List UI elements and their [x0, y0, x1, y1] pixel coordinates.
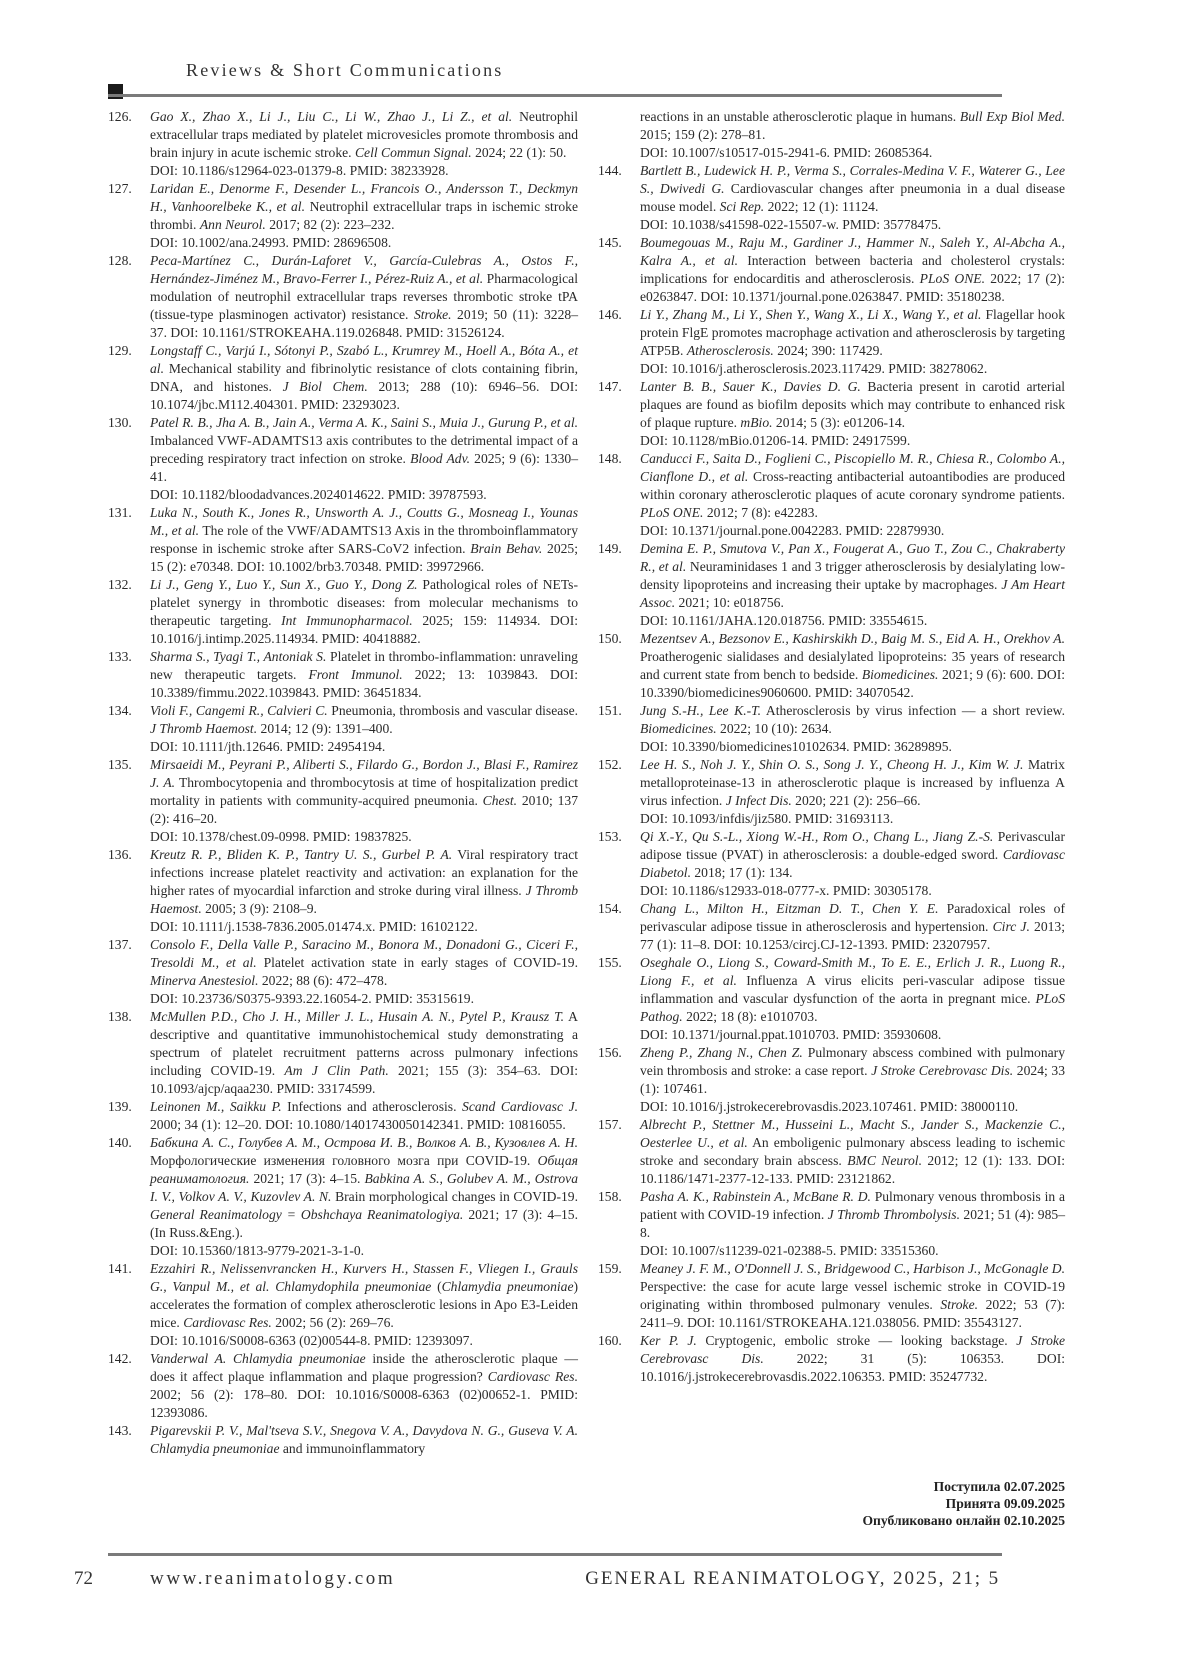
- reference-doi[interactable]: DOI: 10.1007/s11239-021-02388-5. PMID: 3…: [640, 1242, 1065, 1260]
- page-number: 72: [74, 1568, 93, 1590]
- reference-title: and immunoinflammatory: [280, 1441, 426, 1456]
- reference-details: 2021; 10: e018756.: [675, 595, 784, 610]
- reference-number: 136.: [108, 846, 150, 936]
- reference-item: 150. Mezentsev A., Bezsonov E., Kashirsk…: [598, 630, 1065, 702]
- reference-item: 159. Meaney J. F. M., O'Donnell J. S., B…: [598, 1260, 1065, 1332]
- reference-details: 2022; 18 (8): e1010703.: [683, 1009, 818, 1024]
- reference-number: 145.: [598, 234, 640, 306]
- reference-number: 133.: [108, 648, 150, 702]
- reference-number: 159.: [598, 1260, 640, 1332]
- footer-rule: [108, 1553, 1002, 1556]
- reference-doi[interactable]: DOI: 10.1186/s12933-018-0777-x. PMID: 30…: [640, 882, 1065, 900]
- reference-details: 2022; 88 (6): 472–478.: [258, 973, 387, 988]
- reference-number: 151.: [598, 702, 640, 756]
- reference-journal: Stroke.: [414, 307, 452, 322]
- reference-details: 2012; 7 (8): e42283.: [703, 505, 817, 520]
- reference-item: 155. Oseghale O., Liong S., Coward-Smith…: [598, 954, 1065, 1044]
- reference-authors: Li Y., Zhang M., Li Y., Shen Y., Wang X.…: [640, 307, 981, 322]
- reference-number: 143.: [108, 1422, 150, 1458]
- reference-item: 135. Mirsaeidi M., Peyrani P., Aliberti …: [108, 756, 578, 846]
- reference-number: 129.: [108, 342, 150, 414]
- website-link[interactable]: www.reanimatology.com: [150, 1568, 395, 1590]
- reference-details[interactable]: 2000; 34 (1): 12–20. DOI: 10.1080/140174…: [150, 1117, 566, 1132]
- date-published-online: Опубликовано онлайн 02.10.2025: [862, 1512, 1065, 1529]
- date-accepted: Принята 09.09.2025: [862, 1495, 1065, 1512]
- reference-number: 148.: [598, 450, 640, 540]
- reference-journal: Cardiovasc Res.: [488, 1369, 578, 1384]
- reference-item: 145. Boumegouas M., Raju M., Gardiner J.…: [598, 234, 1065, 306]
- reference-journal: Blood Adv.: [410, 451, 470, 466]
- reference-number: 134.: [108, 702, 150, 756]
- reference-journal: J Biol Chem.: [283, 379, 368, 394]
- reference-authors: Lee H. S., Noh J. Y., Shin O. S., Song J…: [640, 757, 1023, 772]
- reference-authors: Jung S.-H., Lee K.-T.: [640, 703, 761, 718]
- reference-number: 128.: [108, 252, 150, 342]
- reference-authors: Leinonen M., Saikku P.: [150, 1099, 282, 1114]
- continuation-text: reactions in an unstable atherosclerotic…: [640, 109, 960, 124]
- reference-journal: Cardiovasc Res.: [183, 1315, 272, 1330]
- reference-doi[interactable]: DOI: 10.3390/biomedicines10102634. PMID:…: [640, 738, 1065, 756]
- reference-number: 141.: [108, 1260, 150, 1350]
- reference-item: 153. Qi X.-Y., Qu S.-L., Xiong W.-H., Ro…: [598, 828, 1065, 900]
- reference-item: 147. Lanter B. B., Sauer K., Davies D. G…: [598, 378, 1065, 450]
- reference-title: Platelet activation state in early stage…: [257, 955, 578, 970]
- reference-doi[interactable]: DOI: 10.1016/S0008-6363 (02)00544-8. PMI…: [150, 1332, 578, 1350]
- reference-item: 137. Consolo F., Della Valle P., Saracin…: [108, 936, 578, 1008]
- reference-item: 133. Sharma S., Tyagi T., Antoniak S. Pl…: [108, 648, 578, 702]
- reference-item: 136. Kreutz R. P., Bliden K. P., Tantry …: [108, 846, 578, 936]
- reference-details: 2022; 12 (1): 11124.: [764, 199, 878, 214]
- reference-number: 154.: [598, 900, 640, 954]
- reference-details: 2018; 17 (1): 134.: [691, 865, 793, 880]
- reference-journal: Ann Neurol.: [200, 217, 266, 232]
- left-column: 126. Gao X., Zhao X., Li J., Liu C., Li …: [108, 108, 578, 1458]
- reference-title: Cryptogenic, embolic stroke — looking ba…: [697, 1333, 1016, 1348]
- reference-number: 138.: [108, 1008, 150, 1098]
- reference-journal: PLoS ONE.: [920, 271, 985, 286]
- reference-item: 157. Albrecht P., Stettner M., Husseini …: [598, 1116, 1065, 1188]
- reference-journal: Brain Behav.: [470, 541, 542, 556]
- reference-item: 151. Jung S.-H., Lee K.-T. Atheroscleros…: [598, 702, 1065, 756]
- right-column: reactions in an unstable atherosclerotic…: [598, 108, 1065, 1386]
- reference-authors: Meaney J. F. M., O'Donnell J. S., Bridge…: [640, 1261, 1065, 1276]
- reference-journal: Int Immunopharmacol.: [281, 613, 413, 628]
- reference-number: 132.: [108, 576, 150, 648]
- reference-journal: Circ J.: [993, 919, 1030, 934]
- reference-journal: J Infect Dis.: [726, 793, 792, 808]
- reference-item: 152. Lee H. S., Noh J. Y., Shin O. S., S…: [598, 756, 1065, 828]
- reference-authors: Sharma S., Tyagi T., Antoniak S.: [150, 649, 326, 664]
- reference-title: Atherosclerosis by virus infection — a s…: [761, 703, 1065, 718]
- reference-details[interactable]: 2002; 56 (2): 178–80. DOI: 10.1016/S0008…: [150, 1387, 578, 1420]
- reference-authors: McMullen P.D., Cho J. H., Miller J. L., …: [150, 1009, 564, 1024]
- reference-title-ru: Морфологические изменения головного мозг…: [150, 1153, 538, 1168]
- reference-number: 155.: [598, 954, 640, 1044]
- reference-authors: Zheng P., Zhang N., Chen Z.: [640, 1045, 803, 1060]
- reference-number: 135.: [108, 756, 150, 846]
- reference-number: 131.: [108, 504, 150, 576]
- reference-species-name: Chlamydia pneumoniae: [226, 1351, 365, 1366]
- reference-details-ru: 2021; 17 (3): 4–15.: [249, 1171, 360, 1186]
- reference-item: 132. Li J., Geng Y., Luo Y., Sun X., Guo…: [108, 576, 578, 648]
- reference-doi[interactable]: DOI: 10.1007/s10517-015-2941-6. PMID: 26…: [640, 144, 1065, 162]
- reference-journal: Stroke.: [940, 1297, 978, 1312]
- reference-doi[interactable]: DOI: 10.23736/S0375-9393.22.16054-2. PMI…: [150, 990, 578, 1008]
- reference-item: 128. Peca-Martínez C., Durán-Laforet V.,…: [108, 252, 578, 342]
- reference-journal: Atherosclerosis.: [687, 343, 774, 358]
- reference-item: 156. Zheng P., Zhang N., Chen Z. Pulmona…: [598, 1044, 1065, 1116]
- reference-number: 130.: [108, 414, 150, 504]
- reference-doi[interactable]: DOI: 10.1371/journal.pone.0042283. PMID:…: [640, 522, 1065, 540]
- reference-journal: Minerva Anestesiol.: [150, 973, 258, 988]
- reference-doi[interactable]: DOI: 10.1038/s41598-022-15507-w. PMID: 3…: [640, 216, 1065, 234]
- reference-doi[interactable]: DOI: 10.1093/infdis/jiz580. PMID: 316931…: [640, 810, 1065, 828]
- reference-continuation: reactions in an unstable atherosclerotic…: [598, 108, 1065, 162]
- reference-number: 153.: [598, 828, 640, 900]
- reference-number: 149.: [598, 540, 640, 630]
- continuation-details: 2015; 159 (2): 278–81.: [640, 127, 765, 142]
- reference-number: 160.: [598, 1332, 640, 1386]
- reference-journal: PLoS ONE.: [640, 505, 703, 520]
- reference-item: 129. Longstaff C., Varjú I., Sótonyi P.,…: [108, 342, 578, 414]
- reference-item: 144. Bartlett B., Ludewick H. P., Verma …: [598, 162, 1065, 234]
- reference-authors: Lanter B. B., Sauer K., Davies D. G.: [640, 379, 861, 394]
- reference-journal: Front Immunol.: [308, 667, 402, 682]
- continuation-journal: Bull Exp Biol Med.: [960, 109, 1065, 124]
- reference-title-en: Brain morphological changes in COVID-19.: [331, 1189, 578, 1204]
- reference-number: 157.: [598, 1116, 640, 1188]
- reference-number: 156.: [598, 1044, 640, 1116]
- reference-item: 142. Vanderwal A. Chlamydia pneumoniae i…: [108, 1350, 578, 1422]
- reference-journal: Chest.: [483, 793, 517, 808]
- reference-journal: BMC Neurol.: [847, 1153, 922, 1168]
- reference-details: 2005; 3 (9): 2108–9.: [202, 901, 317, 916]
- reference-doi[interactable]: DOI: 10.1111/jth.12646. PMID: 24954194.: [150, 738, 578, 756]
- reference-species-name-alt: Chlamydia pneumoniae: [442, 1279, 574, 1294]
- reference-journal: J Stroke Cerebrovasc Dis.: [871, 1063, 1013, 1078]
- reference-authors: Chang L., Milton H., Eitzman D. T., Chen…: [640, 901, 938, 916]
- reference-doi[interactable]: DOI: 10.1182/bloodadvances.2024014622. P…: [150, 486, 578, 504]
- reference-number: 126.: [108, 108, 150, 180]
- reference-item: 127. Laridan E., Denorme F., Desender L.…: [108, 180, 578, 252]
- reference-number: 127.: [108, 180, 150, 252]
- reference-authors: Violi F., Cangemi R., Calvieri C.: [150, 703, 328, 718]
- reference-item: 139. Leinonen M., Saikku P. Infections a…: [108, 1098, 578, 1134]
- reference-journal: Am J Clin Path.: [284, 1063, 388, 1078]
- reference-journal: J Thromb Thrombolysis.: [828, 1207, 960, 1222]
- reference-species-name: Chlamydia pneumoniae: [150, 1441, 280, 1456]
- reference-journal: Sci Rep.: [720, 199, 765, 214]
- reference-details: 2014; 12 (9): 1391–400.: [257, 721, 393, 736]
- reference-title: Pneumonia, thrombosis and vascular disea…: [328, 703, 578, 718]
- reference-doi[interactable]: DOI: 10.1016/j.atherosclerosis.2023.1174…: [640, 360, 1065, 378]
- reference-journal: Biomedicines.: [862, 667, 939, 682]
- reference-number: 152.: [598, 756, 640, 828]
- reference-doi[interactable]: DOI: 10.1128/mBio.01206-14. PMID: 249175…: [640, 432, 1065, 450]
- reference-doi[interactable]: DOI: 10.1161/JAHA.120.018756. PMID: 3355…: [640, 612, 1065, 630]
- reference-journal: Cell Commun Signal.: [355, 145, 472, 160]
- reference-number: 150.: [598, 630, 640, 702]
- reference-authors-ru: Бабкина А. С., Голубев А. М., Острова И.…: [150, 1135, 578, 1150]
- reference-number: 144.: [598, 162, 640, 234]
- reference-journal-en: General Reanimatology = Obshchaya Reanim…: [150, 1207, 463, 1222]
- reference-item: 134. Violi F., Cangemi R., Calvieri C. P…: [108, 702, 578, 756]
- reference-item: 141. Ezzahiri R., Nelissenvrancken H., K…: [108, 1260, 578, 1350]
- reference-authors: Qi X.-Y., Qu S.-L., Xiong W.-H., Rom O.,…: [640, 829, 993, 844]
- reference-details: 2022; 10 (10): 2634.: [717, 721, 832, 736]
- reference-authors: Gao X., Zhao X., Li J., Liu C., Li W., Z…: [150, 109, 512, 124]
- reference-details: 2014; 5 (3): e01206-14.: [773, 415, 906, 430]
- reference-number: 146.: [598, 306, 640, 378]
- reference-details: 2024; 22 (1): 50.: [472, 145, 567, 160]
- reference-number: 147.: [598, 378, 640, 450]
- reference-details: 2024; 390: 117429.: [774, 343, 883, 358]
- reference-journal: Scand Cardiovasc J.: [462, 1099, 578, 1114]
- date-received: Поступила 02.07.2025: [862, 1478, 1065, 1495]
- reference-item: 148. Canducci F., Saita D., Foglieni C.,…: [598, 450, 1065, 540]
- reference-item: 154. Chang L., Milton H., Eitzman D. T.,…: [598, 900, 1065, 954]
- reference-item: 158. Pasha A. K., Rabinstein A., McBane …: [598, 1188, 1065, 1260]
- reference-number: 137.: [108, 936, 150, 1008]
- reference-item: 140. Бабкина А. С., Голубев А. М., Остро…: [108, 1134, 578, 1260]
- reference-doi[interactable]: DOI: 10.1186/s12964-023-01379-8. PMID: 3…: [150, 162, 578, 180]
- reference-species-name: Chlamydophila pneumoniae: [275, 1279, 431, 1294]
- reference-title: Infections and atherosclerosis.: [282, 1099, 462, 1114]
- reference-item: 146. Li Y., Zhang M., Li Y., Shen Y., Wa…: [598, 306, 1065, 378]
- reference-journal: mBio.: [740, 415, 772, 430]
- reference-authors: Pasha A. K., Rabinstein A., McBane R. D.: [640, 1189, 871, 1204]
- running-head: Reviews & Short Communications: [186, 60, 504, 81]
- reference-doi[interactable]: DOI: 10.1111/j.1538-7836.2005.01474.x. P…: [150, 918, 578, 936]
- reference-paren: (: [431, 1279, 441, 1294]
- reference-authors: Ker P. J.: [640, 1333, 697, 1348]
- reference-details: 2020; 221 (2): 256–66.: [792, 793, 921, 808]
- journal-issue-info: GENERAL REANIMATOLOGY, 2025, 21; 5: [585, 1568, 1000, 1590]
- reference-authors: Mezentsev A., Bezsonov E., Kashirskikh D…: [640, 631, 1065, 646]
- reference-authors: Kreutz R. P., Bliden K. P., Tantry U. S.…: [150, 847, 452, 862]
- reference-details: 2017; 82 (2): 223–232.: [266, 217, 395, 232]
- reference-item: 143. Pigarevskii P. V., Mal'tseva S.V., …: [108, 1422, 578, 1458]
- reference-number: 139.: [108, 1098, 150, 1134]
- reference-number: 158.: [598, 1188, 640, 1260]
- reference-doi[interactable]: DOI: 10.15360/1813-9779-2021-3-1-0.: [150, 1242, 578, 1260]
- reference-doi[interactable]: DOI: 10.1371/journal.ppat.1010703. PMID:…: [640, 1026, 1065, 1044]
- reference-item: 138. McMullen P.D., Cho J. H., Miller J.…: [108, 1008, 578, 1098]
- header-rule: [108, 94, 1002, 97]
- reference-item: 126. Gao X., Zhao X., Li J., Liu C., Li …: [108, 108, 578, 180]
- reference-item: 130. Patel R. B., Jha A. B., Jain A., Ve…: [108, 414, 578, 504]
- reference-item: 149. Demina E. P., Smutova V., Pan X., F…: [598, 540, 1065, 630]
- reference-doi[interactable]: DOI: 10.1016/j.jstrokecerebrovasdis.2023…: [640, 1098, 1065, 1116]
- reference-authors: Pigarevskii P. V., Mal'tseva S.V., Snego…: [150, 1423, 578, 1438]
- reference-authors: Vanderwal A.: [150, 1351, 226, 1366]
- reference-journal: J Thromb Haemost.: [150, 721, 257, 736]
- reference-doi[interactable]: DOI: 10.1002/ana.24993. PMID: 28696508.: [150, 234, 578, 252]
- reference-number: 142.: [108, 1350, 150, 1422]
- reference-journal: Biomedicines.: [640, 721, 717, 736]
- reference-item: 131. Luka N., South K., Jones R., Unswor…: [108, 504, 578, 576]
- reference-number: 140.: [108, 1134, 150, 1260]
- reference-details: 2002; 56 (2): 269–76.: [272, 1315, 394, 1330]
- reference-authors: Li J., Geng Y., Luo Y., Sun X., Guo Y., …: [150, 577, 418, 592]
- reference-authors: Patel R. B., Jha A. B., Jain A., Verma A…: [150, 415, 578, 430]
- reference-item: 160. Ker P. J. Cryptogenic, embolic stro…: [598, 1332, 1065, 1386]
- article-dates: Поступила 02.07.2025 Принята 09.09.2025 …: [862, 1478, 1065, 1529]
- reference-doi[interactable]: DOI: 10.1378/chest.09-0998. PMID: 198378…: [150, 828, 578, 846]
